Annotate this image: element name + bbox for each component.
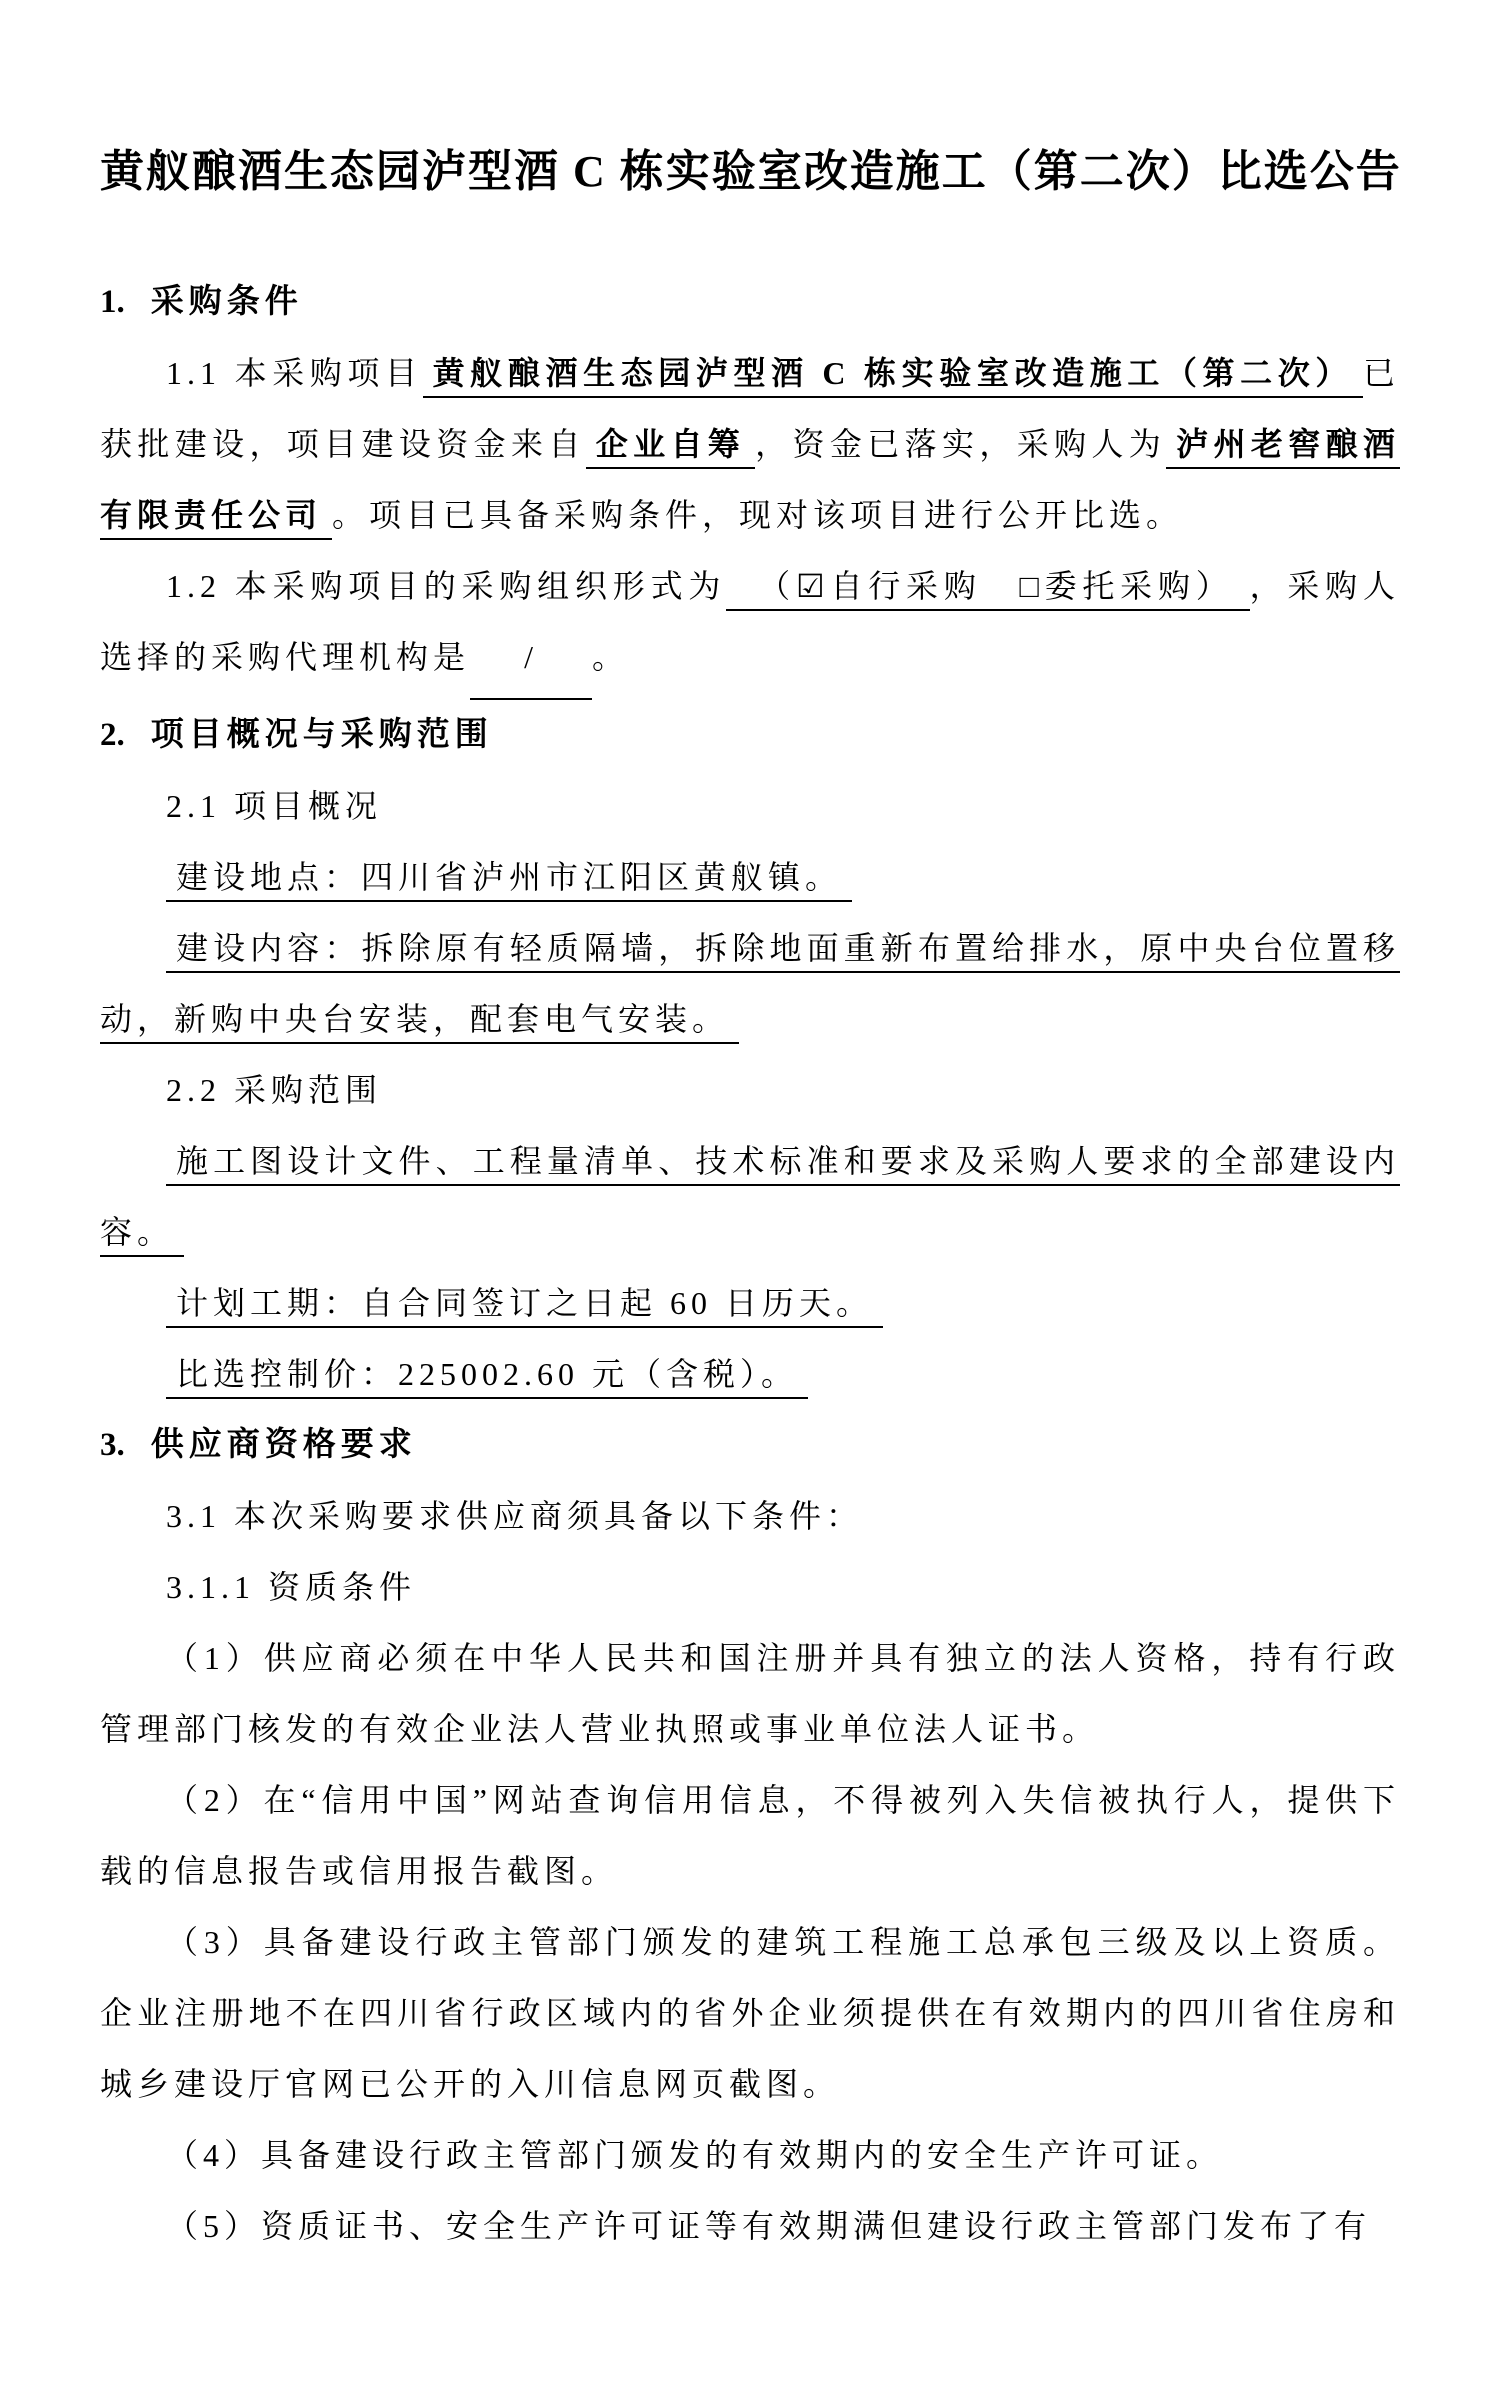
section-1-number: 1.	[100, 267, 125, 338]
paragraph-duration: 计划工期：自合同签订之日起 60 日历天。	[100, 1268, 1400, 1339]
section-heading-2: 2.项目概况与采购范围	[100, 700, 1400, 771]
p21-text: 2.1 项目概况	[166, 788, 382, 824]
paragraph-location: 建设地点：四川省泸州市江阳区黄舣镇。	[100, 842, 1400, 913]
qualification-item-3: （3）具备建设行政主管部门颁发的建筑工程施工总承包三级及以上资质。企业注册地不在…	[100, 1907, 1400, 2120]
p12-tail-text: 。	[592, 639, 629, 675]
q3-text: （3）具备建设行政主管部门颁发的建筑工程施工总承包三级及以上资质。企业注册地不在…	[100, 1924, 1400, 2102]
q2-text: （2）在“信用中国”网站查询信用信息，不得被列入失信被执行人，提供下载的信息报告…	[100, 1782, 1400, 1889]
section-heading-3: 3.供应商资格要求	[100, 1410, 1400, 1481]
qualification-item-5: （5）资质证书、安全生产许可证等有效期满但建设行政主管部门发布了有	[100, 2191, 1400, 2262]
paragraph-scope: 施工图设计文件、工程量清单、技术标准和要求及采购人要求的全部建设内容。	[100, 1126, 1400, 1268]
control-price-underlined: 比选控制价：225002.60 元（含税）。	[166, 1356, 808, 1399]
paragraph-1-2: 1.2 本采购项目的采购组织形式为（☑自行采购 □委托采购），采购人选择的采购代…	[100, 551, 1400, 700]
planned-duration-underlined: 计划工期：自合同签订之日起 60 日历天。	[166, 1285, 883, 1328]
paragraph-3-1: 3.1 本次采购要求供应商须具备以下条件：	[100, 1481, 1400, 1552]
q4-text: （4）具备建设行政主管部门颁发的有效期内的安全生产许可证。	[166, 2137, 1223, 2173]
p11-project-name-underlined: 黄舣酿酒生态园泸型酒 C 栋实验室改造施工（第二次）	[423, 355, 1363, 398]
paragraph-1-1: 1.1 本采购项目黄舣酿酒生态园泸型酒 C 栋实验室改造施工（第二次）已获批建设…	[100, 338, 1400, 551]
paragraph-2-2: 2.2 采购范围	[100, 1055, 1400, 1126]
document-page: 黄舣酿酒生态园泸型酒 C 栋实验室改造施工（第二次）比选公告 1.采购条件 1.…	[0, 0, 1500, 2401]
paragraph-content: 建设内容：拆除原有轻质隔墙，拆除地面重新布置给排水，原中央台位置移动，新购中央台…	[100, 913, 1400, 1055]
qualification-item-4: （4）具备建设行政主管部门颁发的有效期内的安全生产许可证。	[100, 2120, 1400, 2191]
qualification-item-2: （2）在“信用中国”网站查询信用信息，不得被列入失信被执行人，提供下载的信息报告…	[100, 1765, 1400, 1907]
section-2-number: 2.	[100, 700, 125, 771]
p11-funding-source-underlined: 企业自筹	[586, 426, 755, 469]
q5-text: （5）资质证书、安全生产许可证等有效期满但建设行政主管部门发布了有	[166, 2208, 1371, 2244]
section-3-number: 3.	[100, 1410, 125, 1481]
section-heading-1: 1.采购条件	[100, 267, 1400, 338]
p12-lead-text: 1.2 本采购项目的采购组织形式为	[166, 568, 726, 604]
q1-text: （1）供应商必须在中华人民共和国注册并具有独立的法人资格，持有行政管理部门核发的…	[100, 1640, 1400, 1747]
procurement-scope-underlined: 施工图设计文件、工程量清单、技术标准和要求及采购人要求的全部建设内容。	[100, 1143, 1400, 1257]
p12-agency-blank-underlined: /	[470, 622, 592, 700]
p11-tail-text: 。项目已具备采购条件，现对该项目进行公开比选。	[332, 497, 1183, 533]
p311-text: 3.1.1 资质条件	[166, 1569, 416, 1605]
p22-text: 2.2 采购范围	[166, 1072, 382, 1108]
paragraph-price: 比选控制价：225002.60 元（含税）。	[100, 1339, 1400, 1410]
section-3-label: 供应商资格要求	[151, 1427, 417, 1463]
section-2-label: 项目概况与采购范围	[151, 717, 493, 753]
p11-lead-text: 1.1 本采购项目	[166, 355, 423, 391]
construction-location-underlined: 建设地点：四川省泸州市江阳区黄舣镇。	[166, 859, 852, 902]
p12-procurement-options-underlined: （☑自行采购 □委托采购）	[726, 568, 1249, 611]
section-1-label: 采购条件	[151, 284, 303, 320]
paragraph-2-1: 2.1 项目概况	[100, 771, 1400, 842]
p31-text: 3.1 本次采购要求供应商须具备以下条件：	[166, 1498, 863, 1534]
construction-content-underlined: 建设内容：拆除原有轻质隔墙，拆除地面重新布置给排水，原中央台位置移动，新购中央台…	[100, 930, 1400, 1044]
p11-mid2-text: ，资金已落实，采购人为	[755, 426, 1166, 462]
qualification-item-1: （1）供应商必须在中华人民共和国注册并具有独立的法人资格，持有行政管理部门核发的…	[100, 1623, 1400, 1765]
paragraph-3-1-1: 3.1.1 资质条件	[100, 1552, 1400, 1623]
document-title: 黄舣酿酒生态园泸型酒 C 栋实验室改造施工（第二次）比选公告	[100, 139, 1400, 205]
